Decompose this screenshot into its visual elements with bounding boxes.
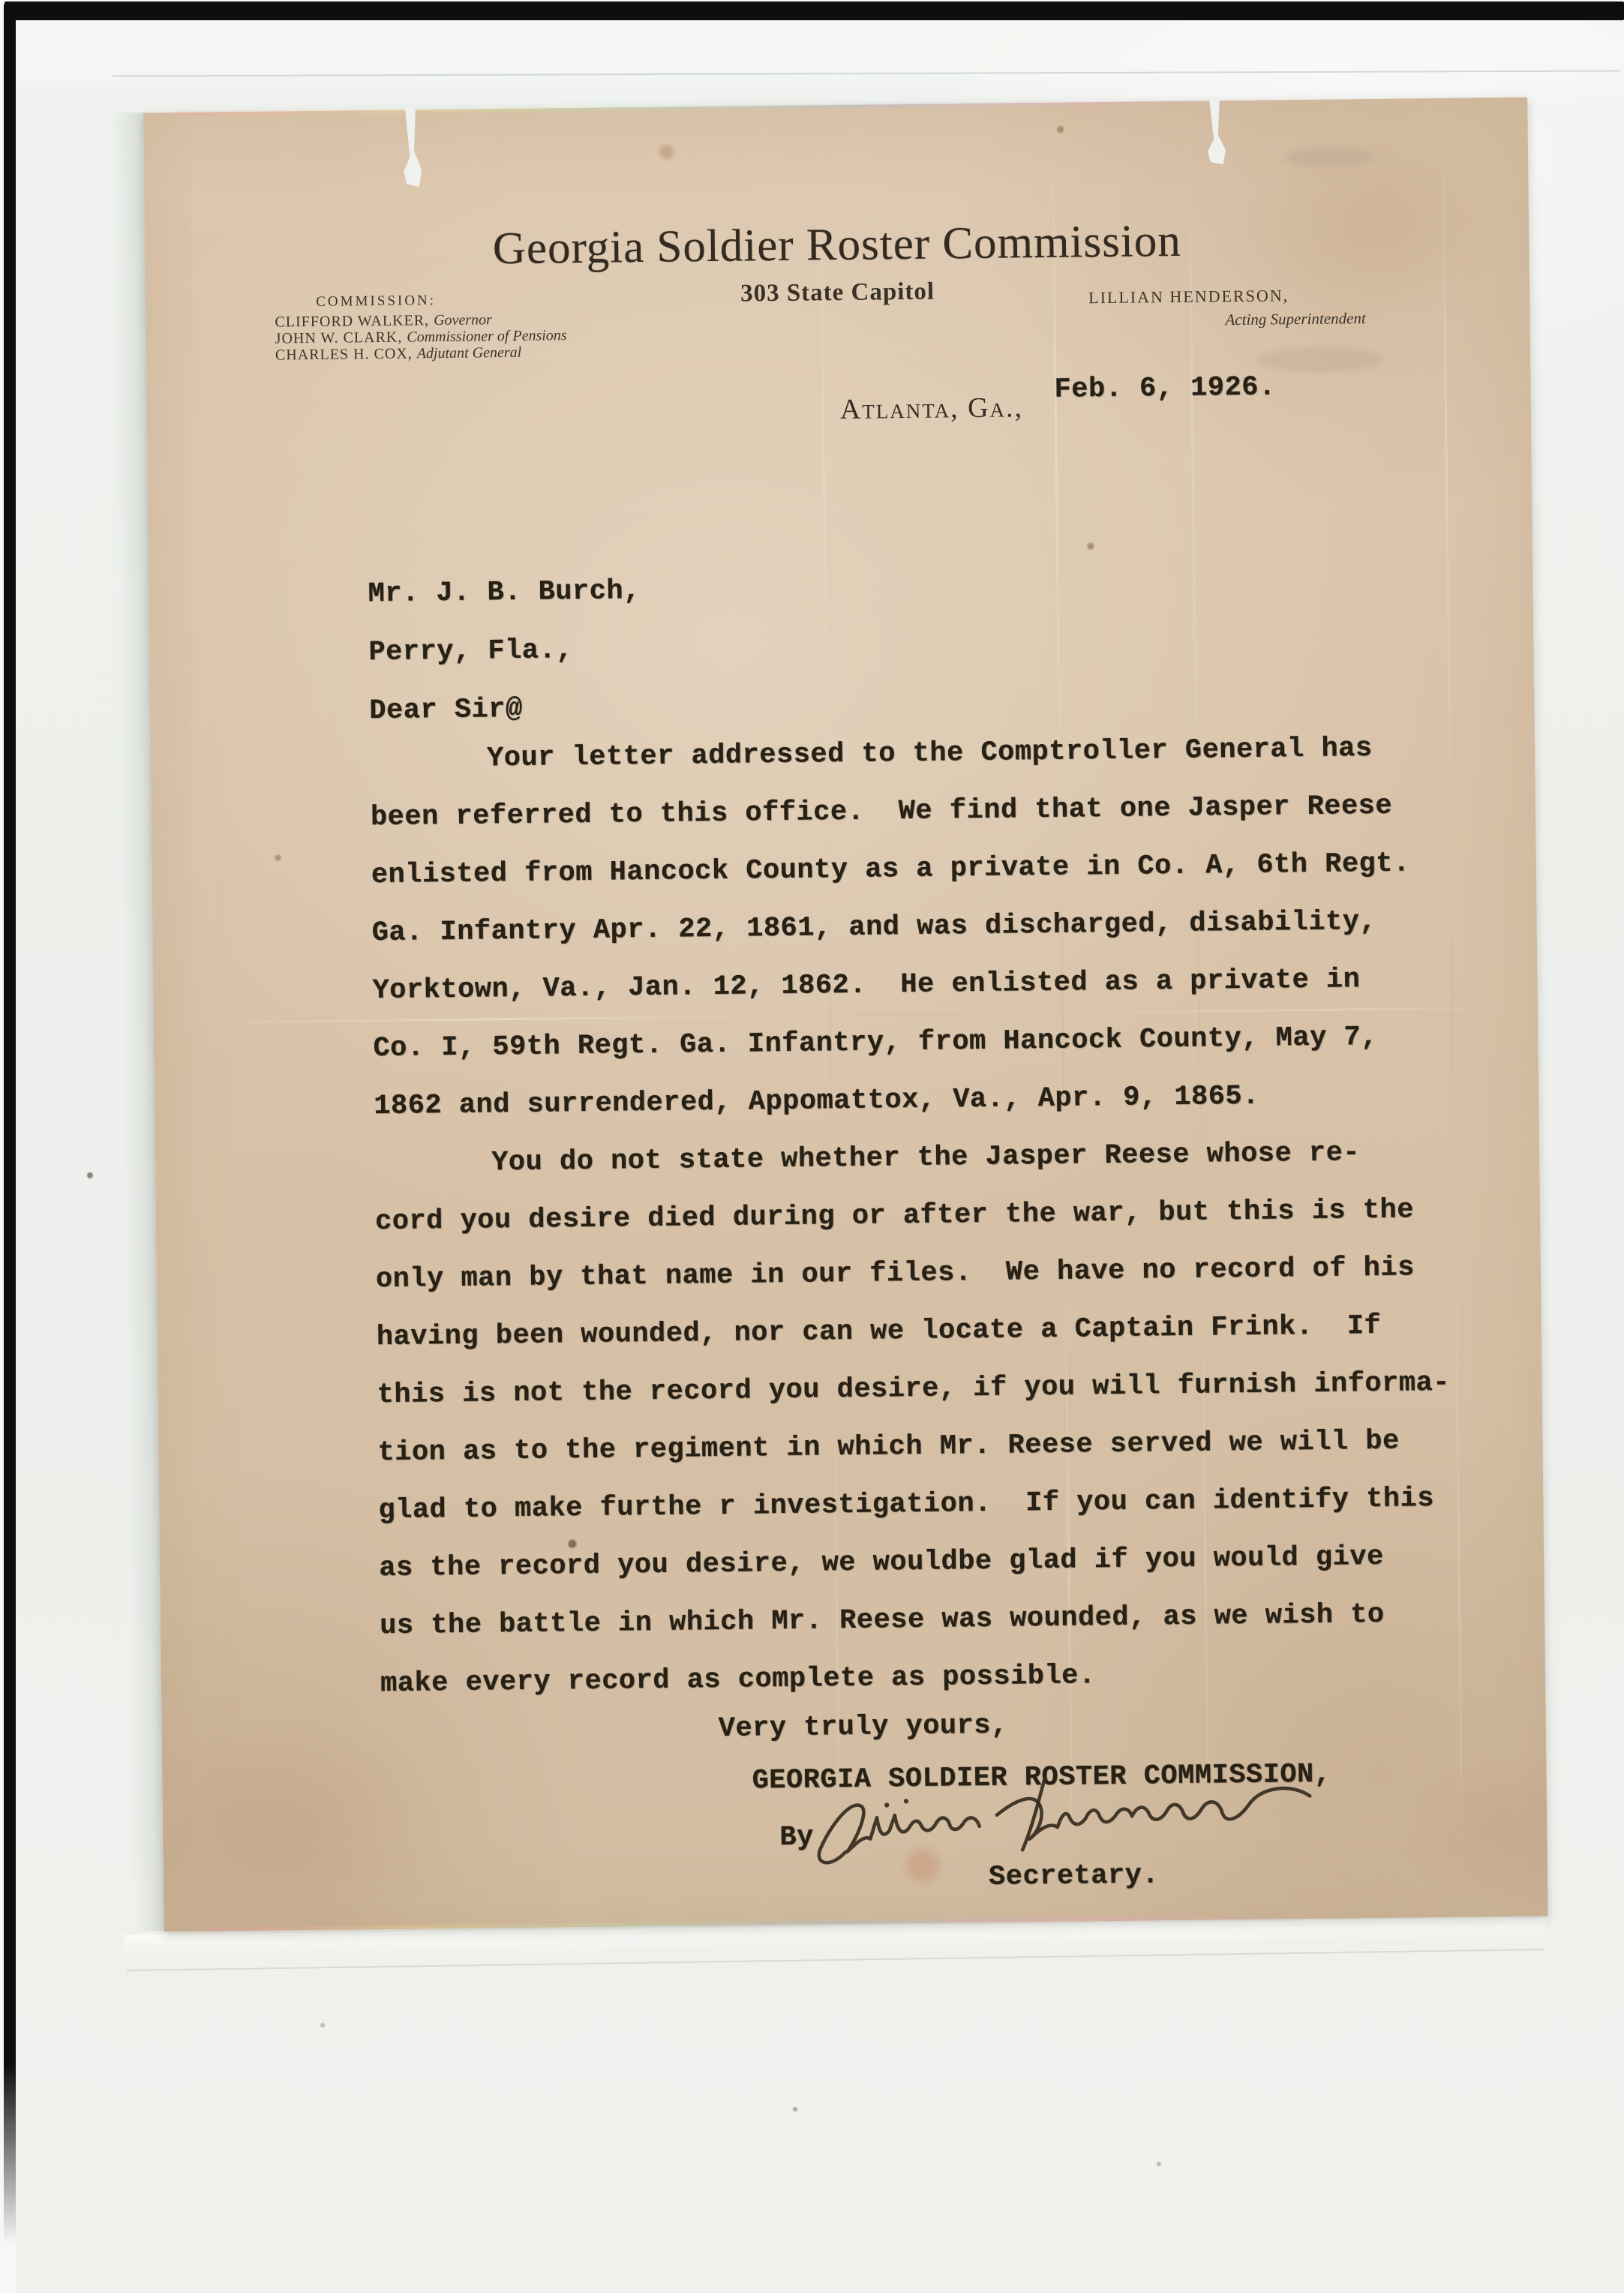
- commissioner-line: JOHN W. CLARK, Commissioner of Pensions: [275, 327, 567, 347]
- dateline-date: Feb. 6, 1926.: [1054, 371, 1276, 405]
- recipient-city: Perry, Fla.,: [368, 634, 641, 695]
- commissioner-title: Adjutant General: [417, 344, 522, 362]
- letterhead-title: Georgia Soldier Roster Commission: [145, 212, 1529, 280]
- commissioner-title: Governor: [434, 311, 492, 329]
- pencil-smudge: [1256, 347, 1384, 374]
- superintendent-title: Acting Superintendent: [1225, 309, 1365, 329]
- commissioner-name: JOHN W. CLARK,: [275, 329, 403, 347]
- dateline: Atlanta, Ga., Feb. 6, 1926.: [821, 377, 1023, 453]
- dateline-place: Atlanta, Ga.,: [840, 392, 1024, 425]
- commission-block: COMMISSION: CLIFFORD WALKER, Governor JO…: [275, 291, 567, 363]
- recipient-block: Mr. J. B. Burch, Perry, Fla., Dear Sir@: [368, 575, 642, 754]
- scanner-edge-top: [5, 2, 1624, 20]
- mounting-notch-left: [401, 107, 422, 187]
- superintendent-block: LILLIAN HENDERSON, Acting Superintendent: [1088, 285, 1366, 331]
- commissioner-line: CHARLES H. COX, Adjutant General: [275, 344, 567, 363]
- letter-body: Your letter addressed to the Comptroller…: [370, 732, 1454, 1726]
- letter-paper: Georgia Soldier Roster Commission 303 St…: [143, 98, 1547, 1932]
- mounting-notch-right: [1205, 98, 1226, 164]
- commissioner-name: CLIFFORD WALKER,: [275, 312, 429, 330]
- pencil-smudge: [1284, 147, 1374, 167]
- recipient-name: Mr. J. B. Burch,: [368, 575, 641, 637]
- commission-label: COMMISSION:: [275, 293, 477, 311]
- commissioner-title: Commissioner of Pensions: [407, 327, 567, 345]
- scanner-edge-left: [4, 3, 16, 2244]
- signer-title: Secretary.: [989, 1859, 1160, 1893]
- valediction: Very truly yours,: [719, 1710, 1008, 1745]
- commissioner-name: CHARLES H. COX,: [275, 345, 413, 363]
- superintendent-name: LILLIAN HENDERSON,: [1088, 285, 1365, 308]
